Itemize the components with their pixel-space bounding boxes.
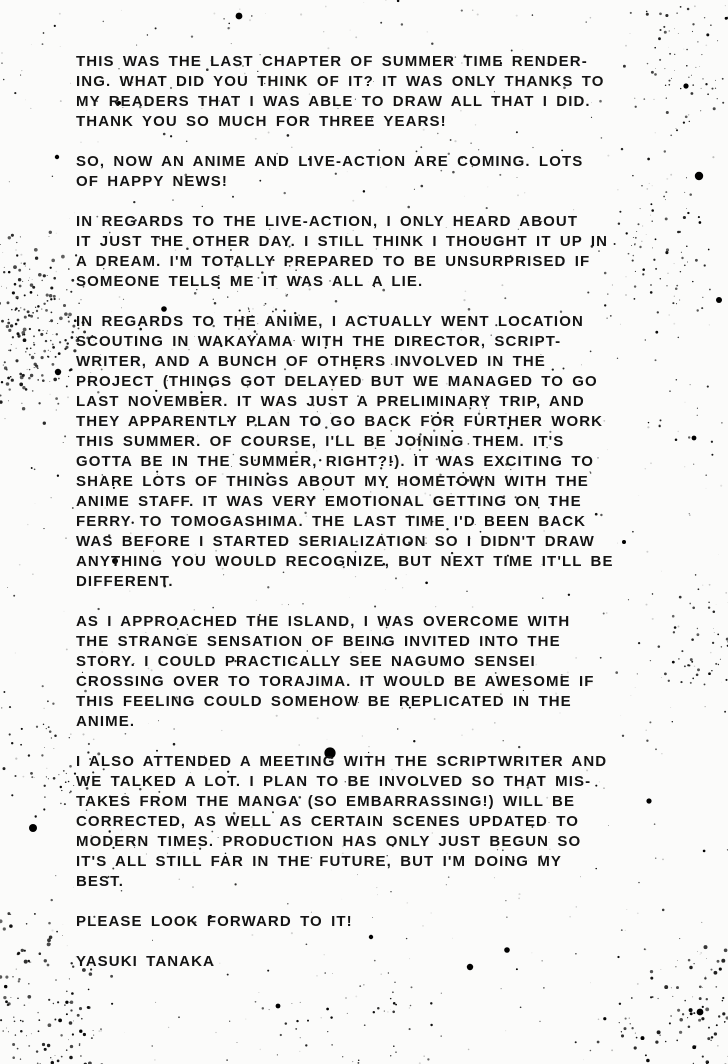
afterword-paragraph: IN REGARDS TO THE ANIME, I ACTUALLY WENT… — [76, 312, 676, 592]
afterword-paragraph: I ALSO ATTENDED A MEETING WITH THE SCRIP… — [76, 752, 676, 892]
afterword-paragraph: AS I APPROACHED THE ISLAND, I WAS OVERCO… — [76, 612, 676, 732]
author-signature: YASUKI TANAKA — [76, 952, 676, 972]
afterword-paragraph: SO, NOW AN ANIME AND LIVE-ACTION ARE COM… — [76, 152, 676, 192]
afterword-paragraph: PLEASE LOOK FORWARD TO IT! — [76, 912, 676, 932]
afterword-paragraph: IN REGARDS TO THE LIVE-ACTION, I ONLY HE… — [76, 212, 676, 292]
afterword-text-block: THIS WAS THE LAST CHAPTER OF SUMMER TIME… — [76, 52, 676, 992]
afterword-paragraph: THIS WAS THE LAST CHAPTER OF SUMMER TIME… — [76, 52, 676, 132]
afterword-page: THIS WAS THE LAST CHAPTER OF SUMMER TIME… — [0, 0, 728, 1064]
